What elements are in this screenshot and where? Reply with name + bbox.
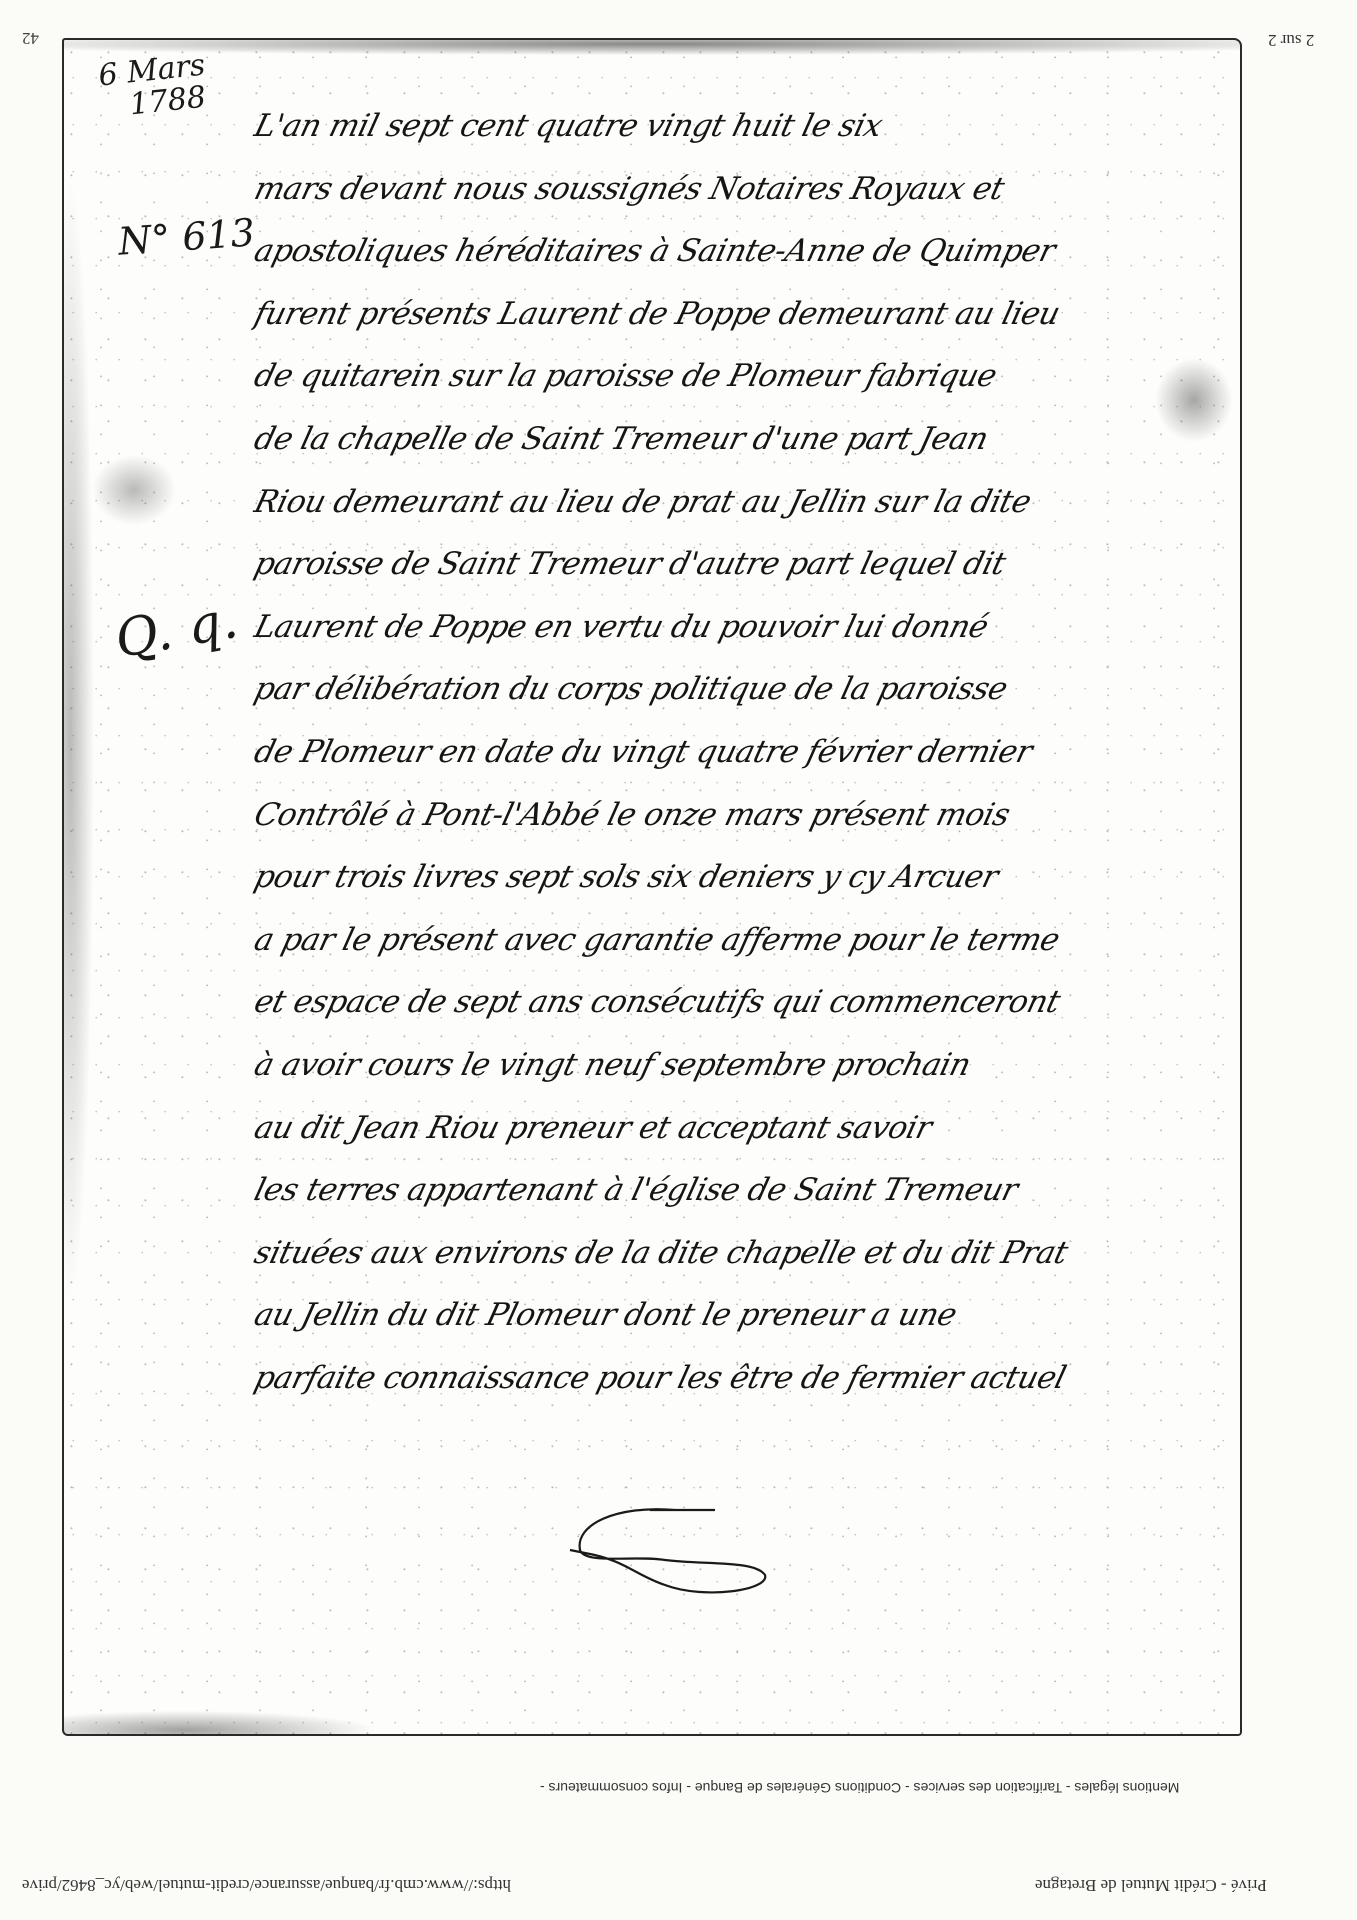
- manuscript-line: de la chapelle de Saint Tremeur d'une pa…: [247, 408, 1228, 471]
- print-header-page-counter: 2 sur 2: [1268, 30, 1314, 50]
- manuscript-body: L'an mil sept cent quatre vingt huit le …: [255, 95, 1220, 1409]
- footer-links: Mentions légales - Tarification des serv…: [540, 1780, 1179, 1796]
- manuscript-line: les terres appartenant à l'église de Sai…: [247, 1159, 1228, 1222]
- manuscript-line: paroisse de Saint Tremeur d'autre part l…: [247, 533, 1228, 596]
- manuscript-line: pour trois livres sept sols six deniers …: [247, 846, 1228, 909]
- manuscript-line: L'an mil sept cent quatre vingt huit le …: [247, 95, 1228, 158]
- manuscript-line: au Jellin du dit Plomeur dont le preneur…: [247, 1284, 1228, 1347]
- manuscript-line: Contrôlé à Pont-l'Abbé le onze mars prés…: [247, 784, 1228, 847]
- manuscript-line: à avoir cours le vingt neuf septembre pr…: [247, 1034, 1228, 1097]
- manuscript-line: et espace de sept ans consécutifs qui co…: [247, 971, 1228, 1034]
- manuscript-line: Riou demeurant au lieu de prat au Jellin…: [247, 471, 1228, 534]
- manuscript-line: Laurent de Poppe en vertu du pouvoir lui…: [247, 596, 1228, 659]
- print-time-text: 42: [22, 28, 39, 48]
- manuscript-line: au dit Jean Riou preneur et acceptant sa…: [247, 1097, 1228, 1160]
- manuscript-line: par délibération du corps politique de l…: [247, 658, 1228, 721]
- margin-date: 6 Mars 1788: [97, 50, 210, 124]
- footer-bank-name: Privé - Crédit Mutuel de Bretagne: [1035, 1875, 1267, 1895]
- manuscript-line: parfaite connaissance pour les être de f…: [247, 1347, 1228, 1410]
- manuscript-line: a par le présent avec garantie afferme p…: [247, 909, 1228, 972]
- url-text[interactable]: https://www.cmb.fr/banque/assurance/cred…: [22, 1875, 511, 1895]
- manuscript-line: furent présents Laurent de Poppe demeura…: [247, 283, 1228, 346]
- footer-links-text[interactable]: Mentions légales - Tarification des serv…: [540, 1780, 1179, 1796]
- manuscript-line: situées aux environs de la dite chapelle…: [247, 1222, 1228, 1285]
- footer-url: https://www.cmb.fr/banque/assurance/cred…: [22, 1875, 511, 1895]
- manuscript-line: apostoliques héréditaires à Sainte-Anne …: [247, 220, 1228, 283]
- bank-name-text: Privé - Crédit Mutuel de Bretagne: [1035, 1875, 1267, 1895]
- print-header-time: 42: [22, 28, 39, 48]
- page-counter-text: 2 sur 2: [1268, 30, 1314, 50]
- manuscript-line: de quitarein sur la paroisse de Plomeur …: [247, 345, 1228, 408]
- manuscript-line: mars devant nous soussignés Notaires Roy…: [247, 158, 1228, 221]
- closing-flourish-icon: [555, 1505, 805, 1595]
- manuscript-line: de Plomeur en date du vingt quatre févri…: [247, 721, 1228, 784]
